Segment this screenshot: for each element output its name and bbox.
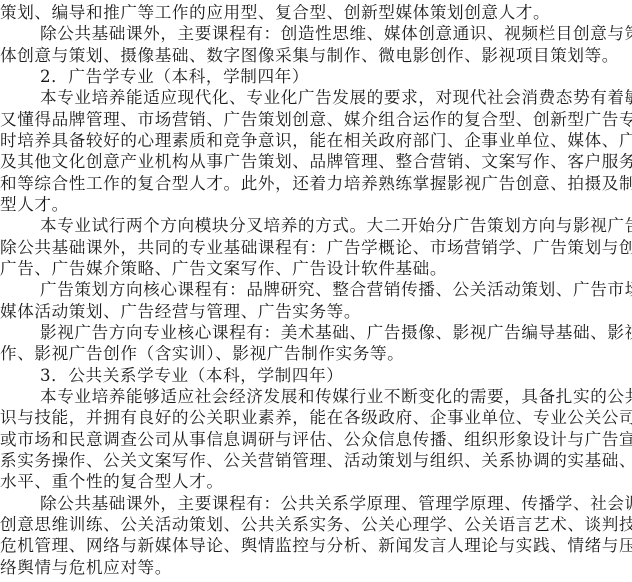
text-line: 水平、重个性的复合型人才。 — [0, 471, 632, 492]
text-line: 或市场和民意调查公司从事信息调研与评估、公众信息传播、组织形象设计与广告宣传、公… — [0, 429, 632, 450]
text-line: 络舆情与危机应对等。 — [0, 557, 632, 578]
text-line: 时培养具备较好的心理素质和竞争意识，能在相关政府部门、企事业单位、媒体、广告公司… — [0, 130, 632, 151]
text-line: 除公共基础课外，共同的专业基础课程有：广告学概论、市场营销学、广告策划与创意、新… — [0, 237, 632, 258]
text-line: 创意思维训练、公关活动策划、公共关系实务、公关心理学、公关语言艺术、谈判技巧与实… — [0, 514, 632, 535]
text-line: 本专业培养能够适应社会经济发展和传媒行业不断变化的需要，具备扎实的公共关系专业知 — [0, 386, 632, 407]
text-line: 危机管理、网络与新媒体导论、舆情监控与分析、新闻发言人理论与实践、情绪与压力管理… — [0, 535, 632, 556]
text-line: 又懂得品牌管理、市场营销、广告策划创意、媒介组合运作的复合型、创新型广告专业人才… — [0, 109, 632, 130]
text-line: 除公共基础课外，主要课程有：公共关系学原理、管理学原理、传播学、社会调查与统计、 — [0, 493, 632, 514]
text-line: 影视广告方向专业核心课程有：美术基础、广告摄像、影视广告编导基础、影视广告软件制 — [0, 322, 632, 343]
text-line: 系实务操作、公关文案写作、公关营销管理、活动策划与组织、关系协调的实基础、高素质… — [0, 450, 632, 471]
text-line: 体创意与策划、摄像基础、数字图像采集与制作、微电影创作、影视项目策划等。 — [0, 45, 632, 66]
document-page: 策划、编导和推广等工作的应用型、复合型、创新型媒体策划创意人才。 除公共基础课外… — [0, 0, 632, 582]
text-line: 及其他文化创意产业机构从事广告策划、品牌管理、整合营销、文案写作、客户服务、媒介… — [0, 151, 632, 172]
text-line: 本专业试行两个方向模块分叉培养的方式。大二开始分广告策划方向与影视广告制作方向。 — [0, 215, 632, 236]
section-heading-advertising: 2．广告学专业（本科，学制四年） — [0, 66, 632, 87]
text-line: 本专业培养能适应现代化、专业化广告发展的要求，对现代社会消费态势有着敏锐洞察力， — [0, 87, 632, 108]
text-line: 广告策划方向核心课程有：品牌研究、整合营销传播、公关活动策划、广告市场调查与统计… — [0, 279, 632, 300]
text-line: 型人才。 — [0, 194, 632, 215]
text-line: 媒体活动策划、广告经营与管理、广告实务等。 — [0, 301, 632, 322]
text-line: 作、影视广告创作（含实训）、影视广告制作实务等。 — [0, 343, 632, 364]
text-line: 策划、编导和推广等工作的应用型、复合型、创新型媒体策划创意人才。 — [0, 2, 632, 23]
text-line: 识与技能，并拥有良好的公关职业素养，能在各级政府、企事业单位、专业公关公司、广告… — [0, 407, 632, 428]
text-line: 广告、广告媒介策略、广告文案写作、广告设计软件基础。 — [0, 258, 632, 279]
section-heading-public-relations: 3．公共关系学专业（本科，学制四年） — [0, 365, 632, 386]
text-line: 和等综合性工作的复合型人才。此外，还着力培养熟练掌握影视广告创意、拍摄及制作等的… — [0, 173, 632, 194]
text-line: 除公共基础课外，主要课程有：创造性思维、媒体创意通识、视频栏目创意与策划、新媒 — [0, 23, 632, 44]
